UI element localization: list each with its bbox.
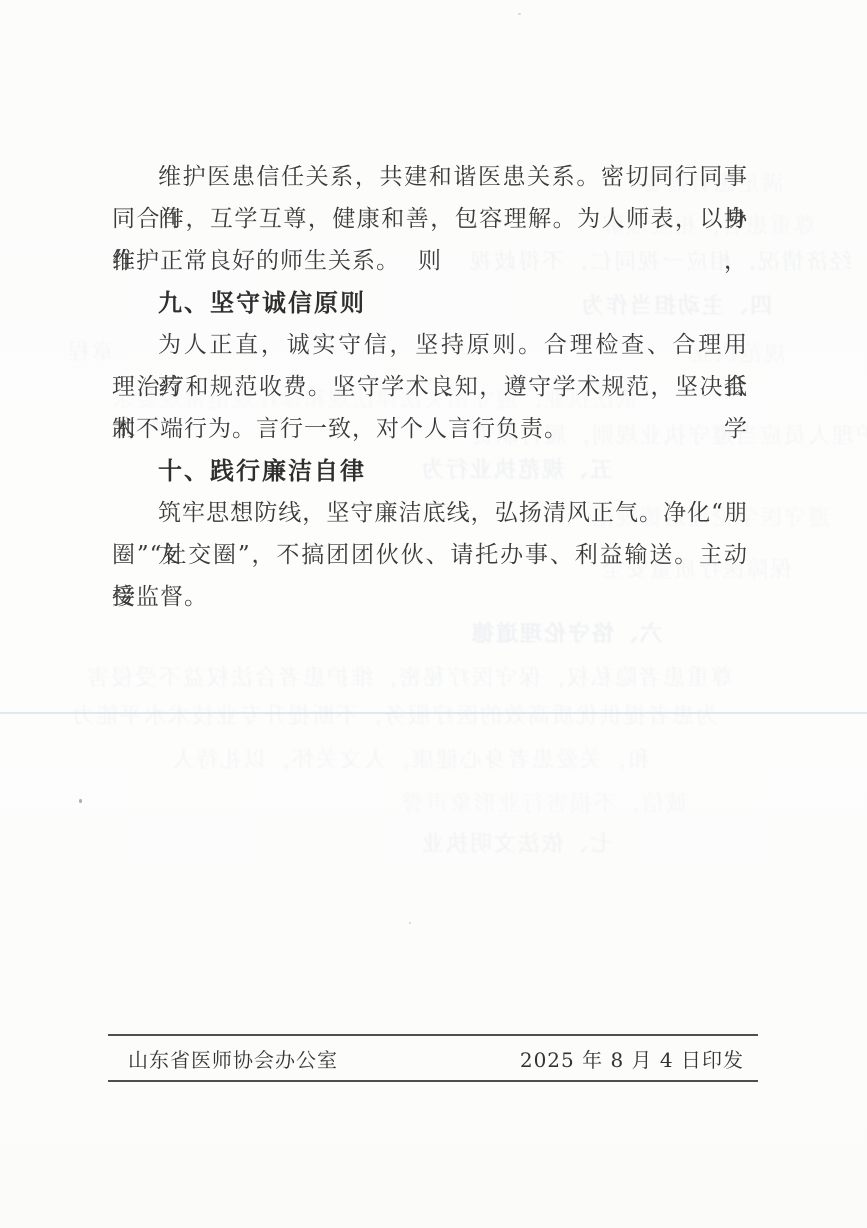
- document-body: 维护医患信任关系，共建和谐医患关系。密切同行同事间协 同合作，互学互尊，健康和善…: [112, 156, 748, 618]
- dust-speck: [518, 13, 521, 15]
- issuance-date-label: 2025 年 8 月 4 日印发: [520, 1044, 744, 1073]
- bleed-through-text: 六、恪守伦理道德: [470, 620, 662, 650]
- bleed-through-text: 章程: [66, 338, 114, 368]
- bleed-through-text: 为患者提供优质高效的医疗服务，不断提升专业技术水平能力: [70, 702, 718, 732]
- issuing-office-label: 山东省医师协会办公室: [128, 1044, 338, 1073]
- document-page: 满足患者需要 尊重患者，相互理解 经济情况，相应一视同仁，不得歧视 四、主动担当…: [0, 0, 867, 1228]
- section-heading-nine: 九、坚守诚信原则: [112, 282, 748, 324]
- bleed-through-text: 诚信，不损害行业形象声誉: [400, 790, 688, 820]
- body-line: 受监督。: [112, 576, 748, 618]
- bleed-through-text: 七、依法文明执业: [420, 830, 612, 860]
- body-line: 维护医患信任关系，共建和谐医患关系。密切同行同事间协: [112, 156, 748, 198]
- footer-issuance-block: 山东省医师协会办公室 2025 年 8 月 4 日印发: [108, 1034, 758, 1082]
- body-line: 理治疗和规范收费。坚守学术良知，遵守学术规范，坚决抵制学: [112, 366, 748, 408]
- body-line: 同合作，互学互尊，健康和善，包容理解。为人师表，以身作则，: [112, 198, 748, 240]
- bleed-through-text: 和，关爱患者身心健康，人文关怀，以礼待人: [170, 746, 650, 776]
- body-line: 为人正直，诚实守信，坚持原则。合理检查、合理用药、合: [112, 324, 748, 366]
- section-heading-ten: 十、践行廉洁自律: [112, 450, 748, 492]
- bleed-through-text: 尊重患者隐私权，保守医疗秘密，维护患者合法权益不受侵害: [85, 664, 733, 694]
- scan-artifact-line: [0, 712, 867, 714]
- body-line: 圈”“社交圈”，不搞团团伙伙、请托办事、利益输送。主动接: [112, 534, 748, 576]
- dust-speck: [79, 799, 82, 803]
- body-line: 筑牢思想防线，坚守廉洁底线，弘扬清风正气。净化“朋友: [112, 492, 748, 534]
- dust-speck: [409, 922, 411, 924]
